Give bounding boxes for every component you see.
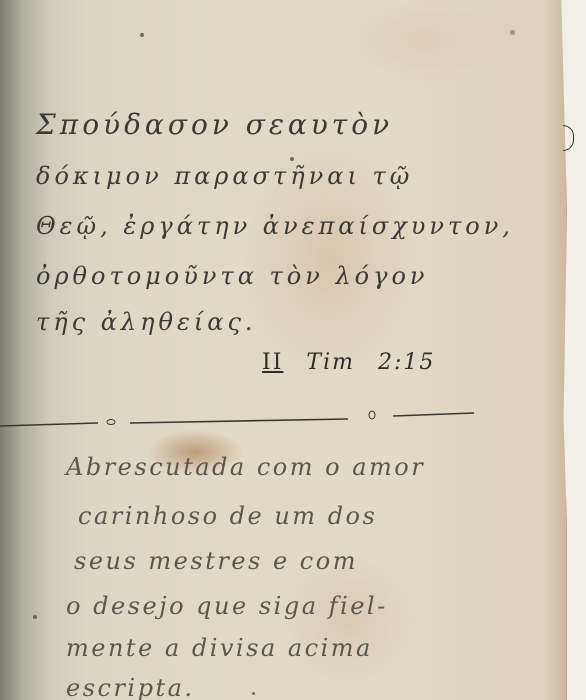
reference-book-number: II <box>262 350 283 375</box>
dedication-line-2: carinhoso de um dos <box>78 502 377 530</box>
dedication-line-6: escripta. <box>66 674 195 700</box>
dedication-line-1: Abrescutada com o amor <box>66 453 425 481</box>
ink-spot <box>140 33 144 37</box>
greek-line-4: ὀρθοτομοῦντα τὸν λόγον <box>36 262 429 290</box>
reference-chapter-verse: 2:15 <box>378 350 435 375</box>
ink-spot <box>33 615 37 619</box>
ink-spot <box>252 692 255 695</box>
ink-spot <box>510 30 515 35</box>
reference-book: Tim <box>306 350 355 375</box>
greek-line-3: Θεῷ, ἐργάτην ἀνεπαίσχυντον, <box>36 212 514 240</box>
dedication-line-5: mente a divisa acima <box>66 634 373 662</box>
scripture-reference: II Tim 2:15 <box>262 350 435 375</box>
greek-line-1: Σπούδασον σεαυτὸν <box>36 108 393 141</box>
dedication-line-3: seus mestres e com <box>74 547 358 575</box>
greek-line-5: τῆς ἀληθείας. <box>36 308 257 336</box>
ink-spot <box>290 157 294 161</box>
dedication-line-4: o desejo que siga fiel- <box>66 592 388 620</box>
greek-line-2: δόκιμον παραστῆναι τῷ <box>36 162 413 190</box>
ornamental-divider <box>0 405 586 435</box>
